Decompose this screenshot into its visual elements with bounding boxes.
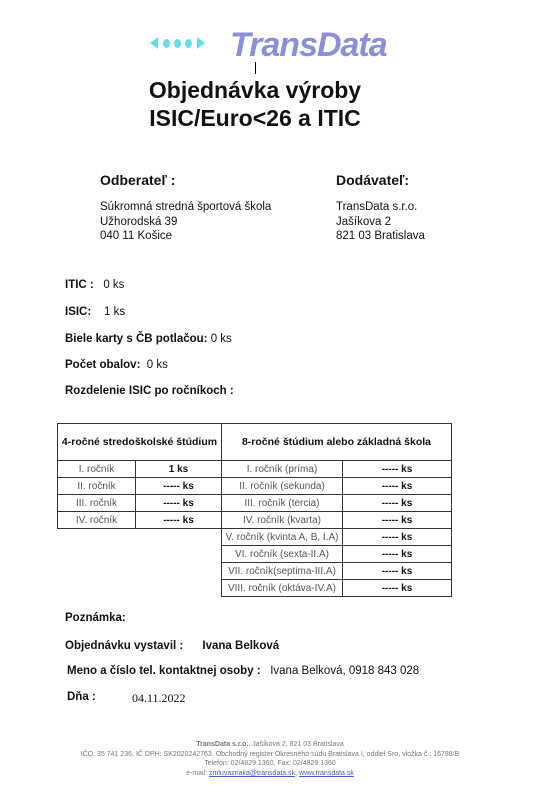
itic-count: ITIC : 0 ks (65, 279, 124, 291)
footer-contacts: e-mail: zmluvazriaka@transdata.sk, www.t… (60, 769, 480, 779)
note-label: Poznámka: (65, 612, 126, 624)
grade-quantity: ----- ks (343, 563, 452, 580)
page-title-line2: ISIC/Euro<26 a ITIC (0, 104, 510, 132)
grade-quantity: ----- ks (343, 580, 452, 597)
customer-name: Súkromná stredná športová škola (100, 200, 271, 215)
customer-city: 040 11 Košice (100, 229, 271, 244)
isic-count: ISIC: 1 ks (65, 306, 125, 318)
grade-label: IV. ročník (58, 512, 136, 529)
footer-address: TransData s.r.o., Jašíkova 2, 821 03 Bra… (60, 740, 480, 750)
distribution-heading: Rozdelenie ISIC po ročníkoch : (65, 385, 234, 397)
table-row: V. ročník (kvinta A, B, I.A)----- ks (222, 529, 452, 546)
table-4-year-header: 4-ročné stredoškolské štúdium (58, 424, 222, 461)
table-row: VII. ročník(septima-III.A)----- ks (222, 563, 452, 580)
grade-quantity: ----- ks (343, 478, 452, 495)
footer: TransData s.r.o., Jašíkova 2, 821 03 Bra… (60, 740, 480, 778)
grade-label: VI. ročník (sexta-II.A) (222, 546, 343, 563)
table-8-year-header: 8-ročné štúdium alebo základná škola (222, 424, 452, 461)
supplier-address: TransData s.r.o. Jašíkova 2 821 03 Brati… (336, 200, 425, 244)
grade-quantity: ----- ks (343, 495, 452, 512)
table-row: VIII. ročník (oktáva-IV.A)----- ks (222, 580, 452, 597)
grade-quantity: 1 ks (136, 461, 222, 478)
table-row: IV. ročník----- ks (58, 512, 222, 529)
grade-label: III. ročník (58, 495, 136, 512)
grade-label: V. ročník (kvinta A, B, I.A) (222, 529, 343, 546)
order-date: Dňa : 04.11.2022 (67, 691, 96, 703)
table-4-year: 4-ročné stredoškolské štúdium I. ročník1… (57, 423, 222, 529)
footer-web-link[interactable]: www.transdata.sk (299, 770, 354, 777)
table-row: IV. ročník (kvarta)----- ks (222, 512, 452, 529)
white-cards-count: Biele karty s ČB potlačou: 0 ks (65, 333, 232, 345)
footer-phone: Telefón: 02/4829 1360, Fax: 02/4829 1360 (60, 759, 480, 769)
footer-email-link[interactable]: zmluvazriaka@transdata.sk (209, 770, 295, 777)
grade-label: I. ročník (58, 461, 136, 478)
table-row: III. ročník----- ks (58, 495, 222, 512)
customer-address: Súkromná stredná športová škola Užhorods… (100, 200, 271, 244)
supplier-street: Jašíkova 2 (336, 215, 425, 230)
brand-name: TransData (230, 25, 387, 65)
page-title-line1: Objednávka výroby (0, 76, 510, 104)
table-8-year: 8-ročné štúdium alebo základná škola I. … (221, 423, 452, 597)
grade-quantity: ----- ks (136, 512, 222, 529)
issued-by: Objednávku vystavil : Ivana Belková (65, 640, 279, 652)
table-row: I. ročník (príma)----- ks (222, 461, 452, 478)
grade-label: II. ročník (58, 478, 136, 495)
supplier-city: 821 03 Bratislava (336, 229, 425, 244)
customer-street: Užhorodská 39 (100, 215, 271, 230)
supplier-heading: Dodávateľ: (336, 172, 409, 188)
customer-heading: Odberateľ : (100, 172, 175, 188)
grade-label: II. ročník (sekunda) (222, 478, 343, 495)
grade-quantity: ----- ks (343, 546, 452, 563)
grade-label: VIII. ročník (oktáva-IV.A) (222, 580, 343, 597)
table-row: II. ročník (sekunda)----- ks (222, 478, 452, 495)
footer-registry: IČO: 35 741 236, IČ DPH: SK2020242763, O… (60, 750, 480, 760)
table-row: III. ročník (tercia)----- ks (222, 495, 452, 512)
signal-dots-icon (150, 37, 205, 49)
table-row: I. ročník1 ks (58, 461, 222, 478)
grade-quantity: ----- ks (343, 529, 452, 546)
grade-quantity: ----- ks (343, 512, 452, 529)
table-row: VI. ročník (sexta-II.A)----- ks (222, 546, 452, 563)
grade-quantity: ----- ks (136, 495, 222, 512)
grade-label: III. ročník (tercia) (222, 495, 343, 512)
supplier-name: TransData s.r.o. (336, 200, 425, 215)
grade-label: IV. ročník (kvarta) (222, 512, 343, 529)
grade-label: I. ročník (príma) (222, 461, 343, 478)
contact-person: Meno a číslo tel. kontaktnej osoby : Iva… (67, 665, 419, 677)
grade-quantity: ----- ks (136, 478, 222, 495)
cursor-mark (255, 62, 256, 74)
grade-label: VII. ročník(septima-III.A) (222, 563, 343, 580)
covers-count: Počet obalov: 0 ks (65, 359, 168, 371)
table-row: II. ročník----- ks (58, 478, 222, 495)
grade-quantity: ----- ks (343, 461, 452, 478)
transdata-logo: TransData (150, 25, 370, 65)
